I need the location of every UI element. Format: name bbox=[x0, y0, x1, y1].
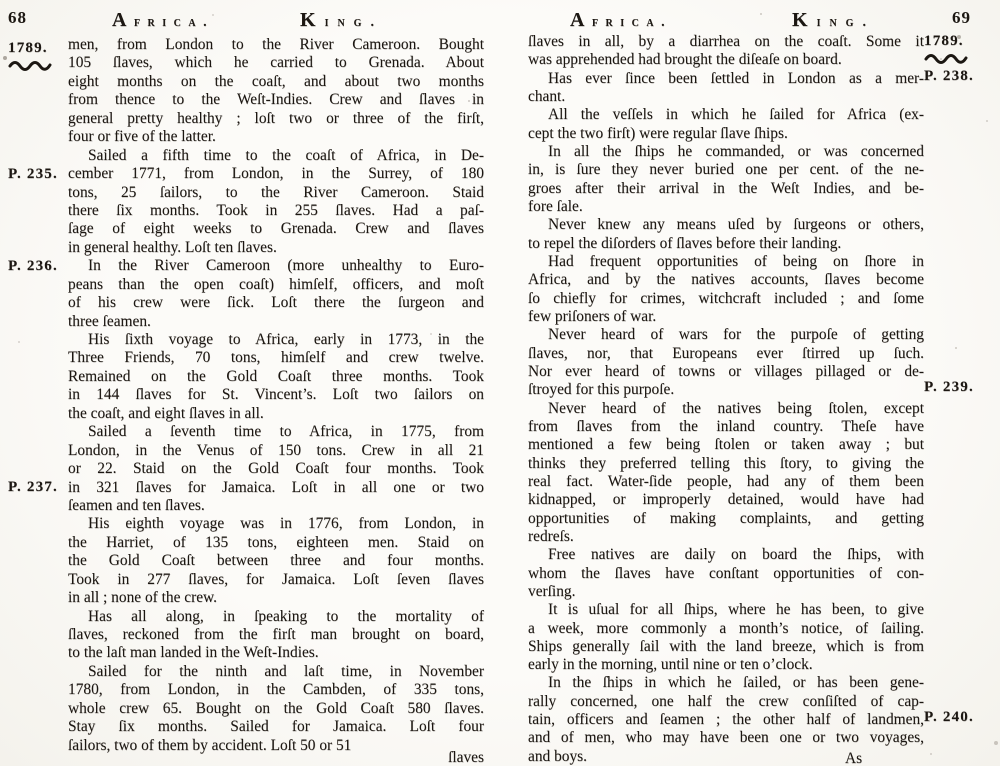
text-line: Free natives are daily on board the ſhip… bbox=[528, 546, 924, 564]
text-line: in general healthy. Loſt ten ſlaves. bbox=[68, 239, 484, 257]
text-line: His ſixth voyage to Africa, early in 177… bbox=[68, 331, 484, 349]
text-line: in 144 ſlaves for St. Vincent’s. Loſt tw… bbox=[68, 386, 484, 404]
text-line: ſage of eight weeks to Grenada. Crew and… bbox=[68, 220, 484, 238]
left-running-title-africa: Africa. bbox=[112, 9, 214, 32]
text-line: whole crew 65. Bought on the Gold Coaſt … bbox=[68, 700, 484, 718]
margin-note-label: P. 240. bbox=[924, 709, 974, 725]
text-line: three ſeamen. bbox=[68, 313, 484, 331]
text-line: ſlaves, nor, that Europeans ever ſtirred… bbox=[528, 345, 924, 363]
text-line: cept the two firſt) were regular ſlave ſ… bbox=[528, 125, 924, 143]
text-line: His eighth voyage was in 1776, from Lond… bbox=[68, 515, 484, 533]
margin-note-label: P. 239. bbox=[924, 379, 974, 395]
text-line: mentioned a few being ſtolen or taken aw… bbox=[528, 436, 924, 454]
text-line: the Gold Coaſt between three and four mo… bbox=[68, 552, 484, 570]
right-running-title-africa: Africa. bbox=[570, 9, 672, 32]
text-line: Never heard of wars for the purpoſe of g… bbox=[528, 326, 924, 344]
year-squiggle-icon bbox=[8, 58, 52, 71]
text-line: In the River Cameroon (more unhealthy to… bbox=[68, 257, 484, 275]
text-line: to repel the diſorders of ſlaves before … bbox=[528, 235, 924, 253]
text-line: four or five of the latter. bbox=[68, 128, 484, 146]
text-line: in, is ſure they never buried one per ce… bbox=[528, 161, 924, 179]
margin-note: P. 236. bbox=[8, 258, 58, 275]
text-line: Sailed a ſeventh time to Africa, in 1775… bbox=[68, 423, 484, 441]
left-running-title-king: King. bbox=[300, 9, 383, 32]
text-line: All the veſſels in which he ſailed for A… bbox=[528, 106, 924, 124]
text-line: opportunities of making complaints, and … bbox=[528, 510, 924, 528]
text-line: the Harriet, of 135 tons, eighteen men. … bbox=[68, 534, 484, 552]
year-squiggle-icon bbox=[924, 51, 968, 64]
text-line: redreſs. bbox=[528, 528, 924, 546]
text-line: fore ſale. bbox=[528, 198, 924, 216]
text-line: London, in the Venus of 150 tons. Crew i… bbox=[68, 442, 484, 460]
margin-note: P. 238. bbox=[924, 68, 974, 85]
text-line: from thence to the Weſt-Indies. Crew and… bbox=[68, 91, 484, 109]
left-page-number: 68 bbox=[8, 8, 27, 28]
text-line: men, from London to the River Cameroon. … bbox=[68, 36, 484, 54]
text-line: Stay ſix months. Sailed for Jamaica. Loſ… bbox=[68, 718, 484, 736]
book-scan: { "document": { "kind": "printed book sc… bbox=[0, 0, 1000, 766]
text-line: ſo chiefly for crimes, witchcraft includ… bbox=[528, 290, 924, 308]
text-line: verſing. bbox=[528, 583, 924, 601]
right-page-text-column: ſlaves in all, by a diarrhea on the coaſ… bbox=[528, 33, 924, 766]
text-line: Never heard of the natives being ſtolen,… bbox=[528, 400, 924, 418]
margin-note-label: 1789. bbox=[8, 40, 48, 56]
text-line: was apprehended had brought the diſeaſe … bbox=[528, 51, 924, 69]
text-line: Africa, and by the natives accounts, ſla… bbox=[528, 271, 924, 289]
text-line: ſlaves, reckoned from the firſt man brou… bbox=[68, 626, 484, 644]
margin-note: 1789. bbox=[924, 33, 968, 64]
text-line: a week, more commonly a month’s notice, … bbox=[528, 620, 924, 638]
text-line: 1780, from London, in the Cambden, of 33… bbox=[68, 681, 484, 699]
text-line: ſtroyed for this purpoſe. bbox=[528, 381, 924, 399]
margin-note-label: P. 237. bbox=[8, 479, 58, 495]
text-line: tain, officers and ſeamen ; the other ha… bbox=[528, 711, 924, 729]
text-line: Never knew any means uſed by ſurgeons or… bbox=[528, 216, 924, 234]
text-line: Took in 277 ſlaves, for Jamaica. Loſt ſe… bbox=[68, 571, 484, 589]
text-line: 105 ſlaves, which he carried to Grenada.… bbox=[68, 54, 484, 72]
text-line: of his crew were ſick. Loſt there the ſu… bbox=[68, 294, 484, 312]
text-line: Sailed a fifth time to the coaſt of Afri… bbox=[68, 147, 484, 165]
margin-note-label: P. 238. bbox=[924, 68, 974, 84]
text-line: thinks they preferred telling this ſtory… bbox=[528, 455, 924, 473]
text-line: in all ; none of the crew. bbox=[68, 589, 484, 607]
text-line: Has ever ſince been ſettled in London as… bbox=[528, 70, 924, 88]
margin-note-label: P. 235. bbox=[8, 166, 58, 182]
text-line: groes after their arrival in the Weſt In… bbox=[528, 180, 924, 198]
text-line: there ſix months. Took in 255 ſlaves. Ha… bbox=[68, 202, 484, 220]
text-line: general pretty healthy ; loſt two or thr… bbox=[68, 110, 484, 128]
text-line: whom the ſlaves have conſtant opportunit… bbox=[528, 565, 924, 583]
text-line: ſlaves in all, by a diarrhea on the coaſ… bbox=[528, 33, 924, 51]
right-catchword: As bbox=[845, 750, 862, 766]
margin-note-label: P. 236. bbox=[8, 258, 58, 274]
text-line: eight months on the coaſt, and about two… bbox=[68, 73, 484, 91]
text-line: Ships generally ſail with the land breez… bbox=[528, 638, 924, 656]
margin-note: P. 235. bbox=[8, 166, 58, 183]
text-line: real fact. Water-ſide people, had any of… bbox=[528, 473, 924, 491]
text-line: tons, 25 ſailors, to the River Cameroon.… bbox=[68, 184, 484, 202]
left-page-text-column: men, from London to the River Cameroon. … bbox=[68, 36, 484, 755]
text-line: in 321 ſlaves for Jamaica. Loſt in all o… bbox=[68, 479, 484, 497]
text-line: and of men, who may have been one or two… bbox=[528, 729, 924, 747]
right-page-number: 69 bbox=[952, 8, 971, 28]
text-line: Nor ever heard of towns or villages pill… bbox=[528, 363, 924, 381]
text-line: rally concerned, one half the crew conſi… bbox=[528, 693, 924, 711]
text-line: Three Friends, 70 tons, himſelf and crew… bbox=[68, 349, 484, 367]
text-line: Sailed for the ninth and laſt time, in N… bbox=[68, 663, 484, 681]
margin-note: P. 237. bbox=[8, 479, 58, 496]
text-line: to the laſt man landed in the Weſt-Indie… bbox=[68, 644, 484, 662]
text-line: Has all along, in ſpeaking to the mortal… bbox=[68, 608, 484, 626]
text-line: or 22. Staid on the Gold Coaſt four mont… bbox=[68, 460, 484, 478]
text-line: kidnapped, or improperly detained, would… bbox=[528, 491, 924, 509]
margin-note: P. 239. bbox=[924, 379, 974, 396]
text-line: ſeamen and ten ſlaves. bbox=[68, 497, 484, 515]
text-line: few priſoners of war. bbox=[528, 308, 924, 326]
text-line: the coaſt, and eight ſlaves in all. bbox=[68, 405, 484, 423]
margin-note: 1789. bbox=[8, 40, 52, 71]
left-catchword: ſlaves bbox=[440, 749, 484, 766]
margin-note: P. 240. bbox=[924, 709, 974, 726]
right-page: Africa. King. 69 ſlaves in all, by a dia… bbox=[500, 0, 1000, 766]
text-line: It is uſual for all ſhips, where he has … bbox=[528, 601, 924, 619]
text-line: early in the morning, until nine or ten … bbox=[528, 656, 924, 674]
text-line: Remained on the Gold Coaſt three months.… bbox=[68, 368, 484, 386]
text-line: chant. bbox=[528, 88, 924, 106]
text-line: Had frequent opportunities of being on ſ… bbox=[528, 253, 924, 271]
margin-note-label: 1789. bbox=[924, 33, 964, 49]
right-running-title-king: King. bbox=[792, 9, 875, 32]
text-line: cember 1771, from London, in the Surrey,… bbox=[68, 165, 484, 183]
text-line: and boys. bbox=[528, 748, 924, 766]
text-line: ſailors, two of them by accident. Loſt 5… bbox=[68, 737, 484, 755]
text-line: In the ſhips in which he ſailed, or has … bbox=[528, 674, 924, 692]
scan-noise-specks bbox=[0, 0, 2, 2]
text-line: peans than the open coaſt) himſelf, offi… bbox=[68, 276, 484, 294]
text-line: In all the ſhips he commanded, or was co… bbox=[528, 143, 924, 161]
text-line: from ſlaves from the inland country. The… bbox=[528, 418, 924, 436]
left-page: 68 Africa. King. men, from London to the… bbox=[0, 0, 500, 766]
